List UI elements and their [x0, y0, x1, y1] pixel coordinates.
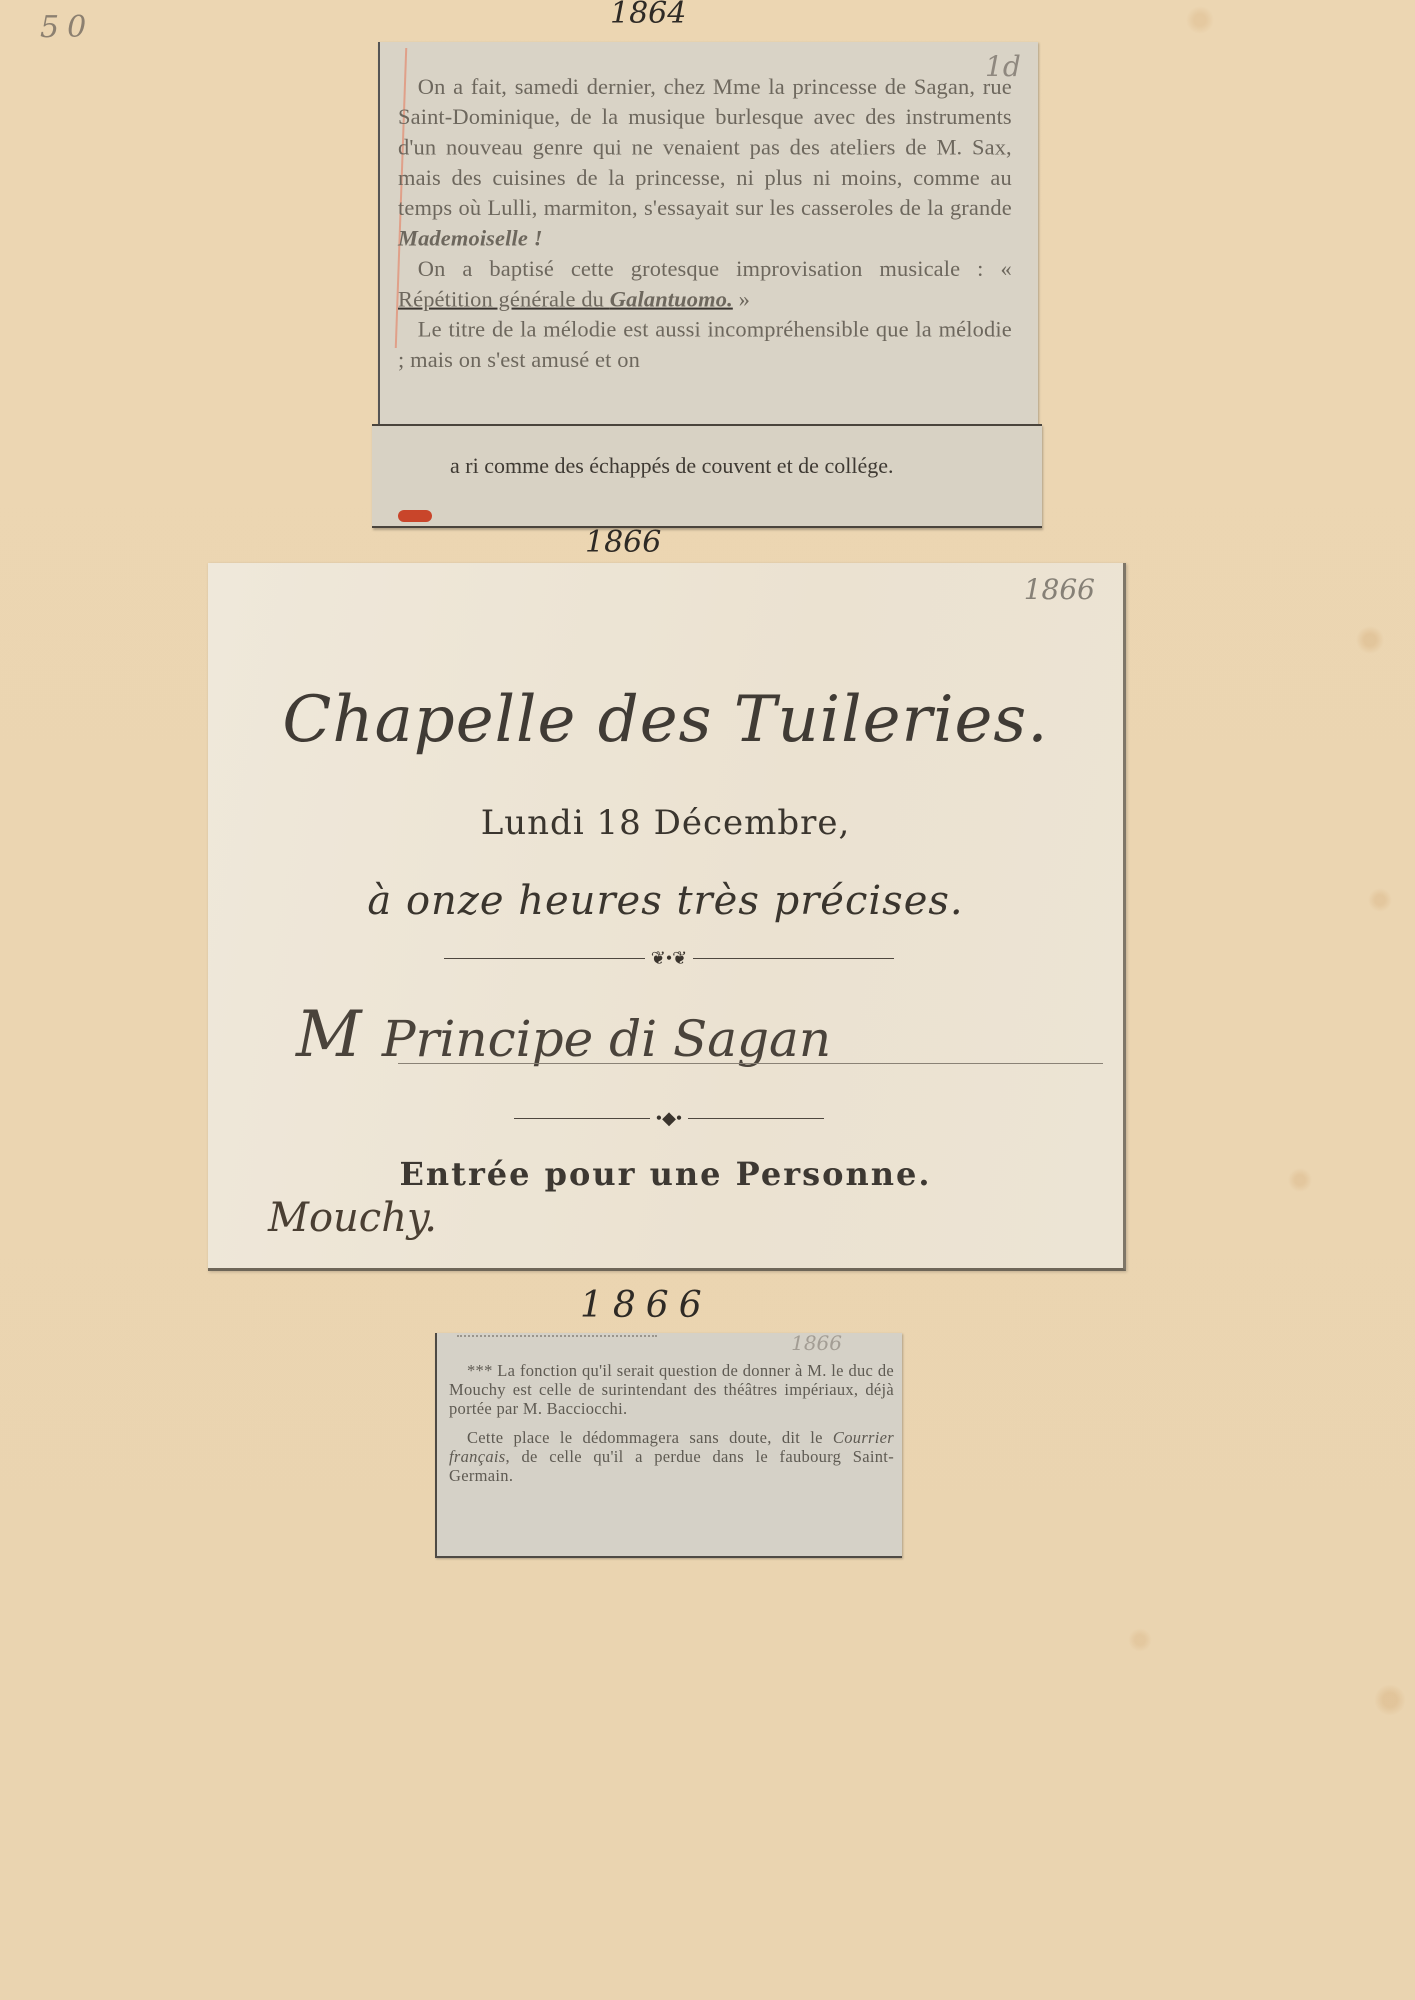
paragraph-1: *** La fonction qu'il serait question de… [449, 1361, 894, 1418]
year-label-1866-card: 1866 [585, 525, 661, 560]
margin-rule [378, 42, 380, 447]
paragraph-1: On a fait, samedi dernier, chez Mme la p… [398, 75, 1012, 221]
galantuomo-italic: Galantuomo. [610, 287, 733, 311]
newspaper-clipping-mouchy: 1866 *** La fonction qu'il serait questi… [435, 1333, 902, 1558]
page-number-annotation: 50 [40, 10, 94, 45]
name-underline [398, 1063, 1103, 1064]
year-label-1866-clipping: 1866 [580, 1285, 712, 1326]
repetition-underlined: Répétition générale du [398, 287, 610, 311]
ornament-divider-1: ❦•❦ [444, 948, 894, 968]
card-entry-text: Entrée pour une Personne. [208, 1155, 1123, 1193]
torn-text-fragment [457, 1335, 657, 1343]
newspaper-clipping-continuation: a ri comme des échappés de couvent et de… [372, 424, 1042, 528]
clipping-text: On a fait, samedi dernier, chez Mme la p… [398, 72, 1012, 376]
name-handwritten: Principe di Sagan [382, 1010, 831, 1068]
pencil-note: 1d [985, 50, 1021, 83]
ornament-divider-2: •◆• [514, 1108, 824, 1128]
close-quote: » [733, 287, 750, 311]
year-label-1864: 1864 [610, 0, 686, 31]
newspaper-clipping-sagan-music: On a fait, samedi dernier, chez Mme la p… [378, 42, 1038, 447]
clipping-pencil-year: 1866 [791, 1331, 842, 1355]
red-wax-mark [398, 510, 432, 522]
invitee-name: M Principe di Sagan [296, 998, 831, 1072]
card-time: à onze heures très précises. [208, 878, 1123, 924]
paragraph-2: Cette place le dédommagera sans doute, d… [449, 1428, 894, 1485]
clipping-text: *** La fonction qu'il serait question de… [449, 1361, 894, 1495]
card-title: Chapelle des Tuileries. [208, 683, 1123, 757]
name-prefix: M [296, 998, 362, 1072]
card-pencil-year: 1866 [1024, 573, 1095, 606]
ornament-icon: •◆• [650, 1108, 688, 1129]
invitation-card: 1866 Chapelle des Tuileries. Lundi 18 Dé… [208, 563, 1126, 1271]
ornament-icon: ❦•❦ [645, 948, 693, 969]
continuation-text: a ri comme des échappés de couvent et de… [450, 454, 1030, 478]
paragraph-2-pre: Cette place le dédommagera sans doute, d… [467, 1428, 833, 1447]
paragraph-2-post: , de celle qu'il a perdue dans le faubou… [449, 1447, 894, 1485]
mademoiselle-italic: Mademoiselle ! [398, 226, 543, 250]
signature-mouchy: Mouchy. [268, 1195, 437, 1241]
paragraph-2: On a baptisé cette grotesque improvisati… [418, 257, 1012, 281]
card-date: Lundi 18 Décembre, [208, 803, 1123, 843]
paragraph-3: Le titre de la mélodie est aussi incompr… [398, 318, 1012, 373]
